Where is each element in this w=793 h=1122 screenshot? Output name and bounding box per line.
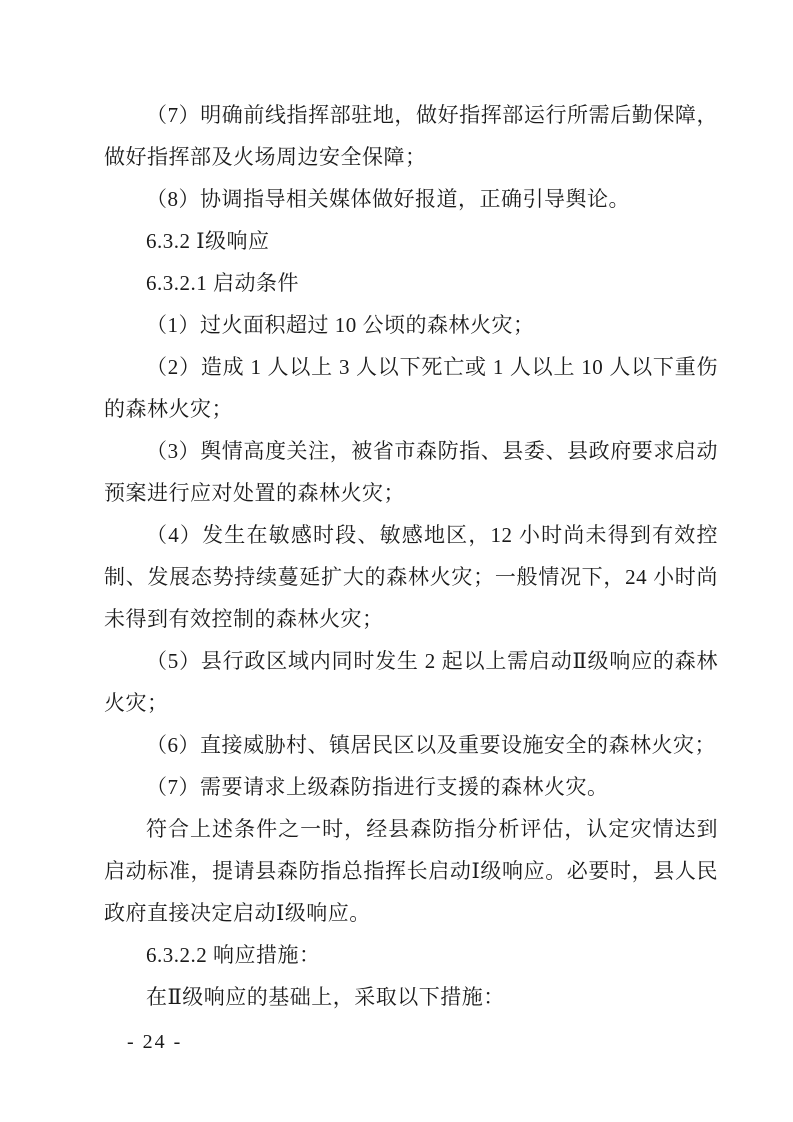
heading-6-3-2: 6.3.2 Ⅰ级响应 <box>104 220 718 262</box>
paragraph-condition-7: （7）需要请求上级森防指进行支援的森林火灾。 <box>104 766 718 808</box>
document-body: （7）明确前线指挥部驻地，做好指挥部运行所需后勤保障，做好指挥部及火场周边安全保… <box>104 94 718 1018</box>
page-number: - 24 - <box>127 1029 182 1055</box>
paragraph-condition-1: （1）过火面积超过 10 公顷的森林火灾； <box>104 304 718 346</box>
document-page: （7）明确前线指挥部驻地，做好指挥部运行所需后勤保障，做好指挥部及火场周边安全保… <box>0 0 793 1122</box>
paragraph-condition-3: （3）舆情高度关注，被省市森防指、县委、县政府要求启动预案进行应对处置的森林火灾… <box>104 430 718 514</box>
paragraph-condition-6: （6）直接威胁村、镇居民区以及重要设施安全的森林火灾； <box>104 724 718 766</box>
paragraph-condition-5: （5）县行政区域内同时发生 2 起以上需启动Ⅱ级响应的森林火灾； <box>104 640 718 724</box>
heading-6-3-2-1: 6.3.2.1 启动条件 <box>104 262 718 304</box>
paragraph-activation-rule: 符合上述条件之一时，经县森防指分析评估，认定灾情达到启动标准，提请县森防指总指挥… <box>104 808 718 934</box>
paragraph-condition-2: （2）造成 1 人以上 3 人以下死亡或 1 人以上 10 人以下重伤的森林火灾… <box>104 346 718 430</box>
heading-6-3-2-2: 6.3.2.2 响应措施： <box>104 934 718 976</box>
paragraph-measures-intro: 在Ⅱ级响应的基础上，采取以下措施： <box>104 976 718 1018</box>
paragraph-list-item-7: （7）明确前线指挥部驻地，做好指挥部运行所需后勤保障，做好指挥部及火场周边安全保… <box>104 94 718 178</box>
paragraph-list-item-8: （8）协调指导相关媒体做好报道，正确引导舆论。 <box>104 178 718 220</box>
paragraph-condition-4: （4）发生在敏感时段、敏感地区，12 小时尚未得到有效控制、发展态势持续蔓延扩大… <box>104 514 718 640</box>
